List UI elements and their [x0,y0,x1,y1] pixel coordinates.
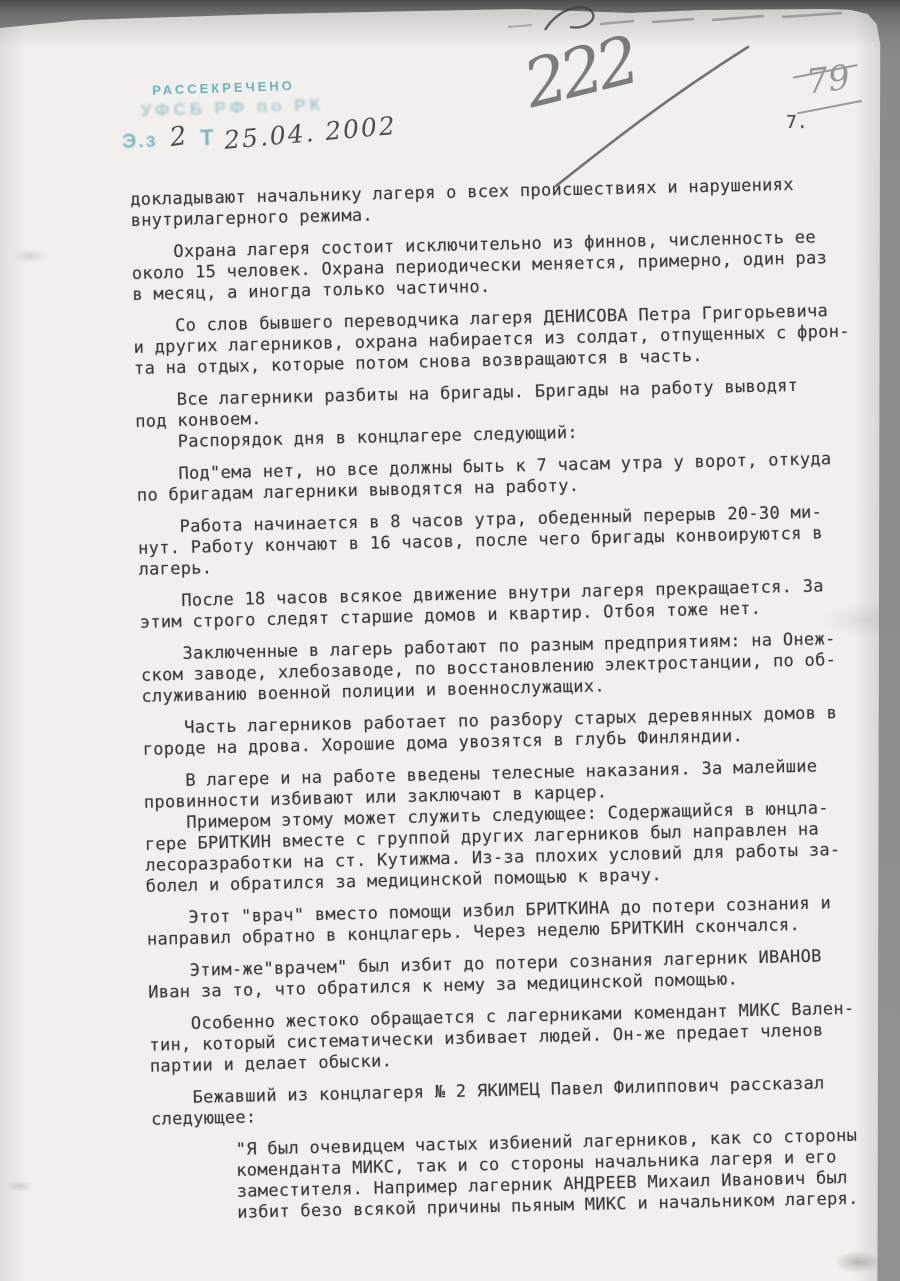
typed-paragraph: "Я был очевидцем частых избиений лагерни… [236,1125,896,1224]
stamp-fragment: Э.з [122,130,159,154]
typed-paragraph: Этот "врач" вместо помощи избил БРИТКИНА… [146,892,889,951]
typed-paragraph: Бежавший из концлагеря № 2 ЯКИМЕЦ Павел … [150,1072,893,1131]
typed-paragraph: Заключенные в лагерь работают по разным … [140,628,883,708]
declassified-stamp: РАССЕКРЕЧЕНО УФСБ РФ по РК Э.з 2 Т 25.04… [120,74,397,154]
typed-paragraph: Часть лагерников работает по разбору ста… [142,702,885,761]
scanned-document-page: { "page": { "typed_number": "7.", "handw… [0,0,900,1281]
typed-page-number: 7. [786,112,808,133]
number-79-text: 79 [804,58,852,103]
typed-paragraph: Работа начинается в 8 часов утра, обеден… [137,501,880,581]
stamp-fragment-2: Т [200,125,214,151]
typed-paragraph: Особенно жестоко обращается с лагерникам… [149,998,892,1078]
typed-paragraph: Охрана лагеря состоит исключительно из ф… [131,226,874,306]
typed-paragraph: Со слов бывшего переводчика лагеря ДЕНИС… [133,300,876,380]
typed-paragraph: Примером этому может служить следующее: … [144,797,888,898]
typed-text: докладывают начальнику лагеря о всех про… [130,173,895,1226]
typed-paragraph: Этим-же"врачем" был избит до потери созн… [148,945,891,1004]
typed-paragraph: После 18 часов всякое движение внутри ла… [139,575,882,634]
handwritten-copy-number: 2 [168,121,189,153]
typed-paragraph: Под"ема нет, но все должны быть к 7 часа… [136,448,879,507]
handwritten-number-79-crossed: 79 [791,56,867,116]
